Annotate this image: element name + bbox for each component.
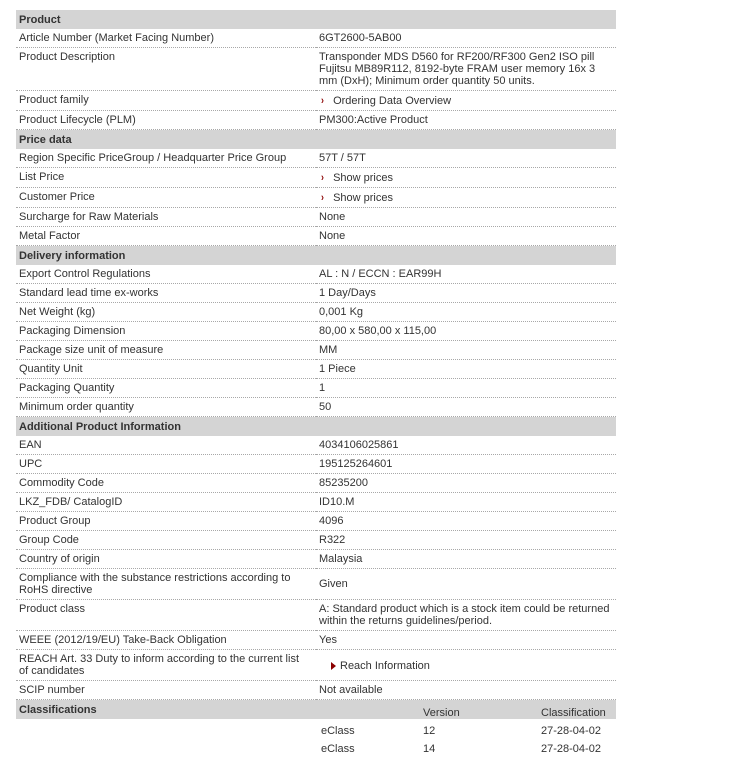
show-prices-link[interactable]: › Show prices (319, 171, 393, 184)
section-title: Product (16, 10, 616, 29)
ordering-data-overview-link[interactable]: › Ordering Data Overview (319, 94, 451, 107)
product-details: ProductArticle Number (Market Facing Num… (16, 10, 616, 719)
spec-value: Yes (316, 631, 616, 650)
section-header-delivery-information: Delivery information (16, 246, 616, 266)
classification-code: 27-28-04-02 (538, 722, 628, 740)
spec-value: 195125264601 (316, 455, 616, 474)
spec-label: Quantity Unit (16, 360, 316, 379)
spec-value: Transponder MDS D560 for RF200/RF300 Gen… (316, 48, 616, 91)
show-prices-link[interactable]: › Show prices (319, 191, 393, 204)
spec-row-package-size-unit-of-measure: Package size unit of measureMM (16, 341, 616, 360)
spec-value-link-cell: › Show prices (316, 168, 616, 188)
spec-label: UPC (16, 455, 316, 474)
spec-row-ean: EAN4034106025861 (16, 436, 616, 455)
spec-label: Product family (16, 91, 316, 111)
spec-label: Standard lead time ex-works (16, 284, 316, 303)
spec-label: SCIP number (16, 681, 316, 700)
spec-value: None (316, 208, 616, 227)
spec-row-region-specific-pricegroup-headquarter-p: Region Specific PriceGroup / Headquarter… (16, 149, 616, 168)
spec-label: Region Specific PriceGroup / Headquarter… (16, 149, 316, 168)
spec-value: 85235200 (316, 474, 616, 493)
classification-row: eClass1427-28-04-02 (318, 740, 628, 758)
spec-value: 6GT2600-5AB00 (316, 29, 616, 48)
spec-row-standard-lead-time-ex-works: Standard lead time ex-works1 Day/Days (16, 284, 616, 303)
spec-label: Country of origin (16, 550, 316, 569)
spec-value: R322 (316, 531, 616, 550)
spec-label: Product Lifecycle (PLM) (16, 111, 316, 130)
spec-value: 1 Day/Days (316, 284, 616, 303)
spec-row-list-price: List Price› Show prices (16, 168, 616, 188)
spec-label: LKZ_FDB/ CatalogID (16, 493, 316, 512)
spec-value: MM (316, 341, 616, 360)
spec-label: List Price (16, 168, 316, 188)
spec-row-commodity-code: Commodity Code85235200 (16, 474, 616, 493)
spec-label: Surcharge for Raw Materials (16, 208, 316, 227)
spec-value: 4096 (316, 512, 616, 531)
spec-value: 80,00 x 580,00 x 115,00 (316, 322, 616, 341)
spec-label: Metal Factor (16, 227, 316, 246)
classification-version: 12 (420, 722, 538, 740)
spec-label: Packaging Quantity (16, 379, 316, 398)
spec-row-product-lifecycle-plm: Product Lifecycle (PLM)PM300:Active Prod… (16, 111, 616, 130)
triangle-right-icon (331, 662, 336, 670)
classification-row: eClass1227-28-04-02 (318, 722, 628, 740)
spec-row-minimum-order-quantity: Minimum order quantity50 (16, 398, 616, 417)
classifications-column-headers: Version Classification (318, 704, 628, 722)
spec-label: Product Description (16, 48, 316, 91)
spec-row-scip-number: SCIP numberNot available (16, 681, 616, 700)
spec-label: Product class (16, 600, 316, 631)
spec-row-upc: UPC195125264601 (16, 455, 616, 474)
version-header: Version (420, 704, 538, 722)
link-label: Ordering Data Overview (333, 95, 451, 107)
spec-row-reach-art-33-duty-to-inform-according-to: REACH Art. 33 Duty to inform according t… (16, 650, 616, 681)
spec-row-weee-2012-19-eu-take-back-obligation: WEEE (2012/19/EU) Take-Back ObligationYe… (16, 631, 616, 650)
spec-row-net-weight-kg: Net Weight (kg)0,001 Kg (16, 303, 616, 322)
spec-row-surcharge-for-raw-materials: Surcharge for Raw MaterialsNone (16, 208, 616, 227)
spec-label: Export Control Regulations (16, 265, 316, 284)
classifications-block: Classifications Version Classification e… (16, 700, 616, 719)
classification-system: eClass (318, 722, 420, 740)
spec-label: Product Group (16, 512, 316, 531)
section-title: Additional Product Information (16, 417, 616, 437)
section-title: Delivery information (16, 246, 616, 266)
spec-row-lkz-fdb-catalogid: LKZ_FDB/ CatalogIDID10.M (16, 493, 616, 512)
spec-value: 4034106025861 (316, 436, 616, 455)
spec-label: WEEE (2012/19/EU) Take-Back Obligation (16, 631, 316, 650)
chevron-right-icon: › (321, 172, 329, 184)
classification-system: eClass (318, 740, 420, 758)
spec-label: Package size unit of measure (16, 341, 316, 360)
spec-label: Article Number (Market Facing Number) (16, 29, 316, 48)
section-header-price-data: Price data (16, 130, 616, 150)
spec-value: ID10.M (316, 493, 616, 512)
spec-row-product-group: Product Group4096 (16, 512, 616, 531)
spec-label: Minimum order quantity (16, 398, 316, 417)
spec-value: None (316, 227, 616, 246)
spec-value: 50 (316, 398, 616, 417)
spec-value: PM300:Active Product (316, 111, 616, 130)
spec-value: 0,001 Kg (316, 303, 616, 322)
spec-label: Compliance with the substance restrictio… (16, 569, 316, 600)
classifications-table: Version Classification eClass1227-28-04-… (318, 704, 628, 758)
spec-row-group-code: Group CodeR322 (16, 531, 616, 550)
section-header-additional-product-information: Additional Product Information (16, 417, 616, 437)
spec-row-customer-price: Customer Price› Show prices (16, 188, 616, 208)
chevron-right-icon: › (321, 192, 329, 204)
section-header-product: Product (16, 10, 616, 29)
spec-value: Malaysia (316, 550, 616, 569)
spec-row-country-of-origin: Country of originMalaysia (16, 550, 616, 569)
spec-label: Customer Price (16, 188, 316, 208)
spec-label: Net Weight (kg) (16, 303, 316, 322)
product-spec-table: ProductArticle Number (Market Facing Num… (16, 10, 616, 700)
spec-value-link-cell: › Ordering Data Overview (316, 91, 616, 111)
chevron-right-icon: › (321, 95, 329, 107)
spec-value: AL : N / ECCN : EAR99H (316, 265, 616, 284)
spec-row-product-family: Product family› Ordering Data Overview (16, 91, 616, 111)
spec-value-link-cell: Reach Information (316, 650, 616, 681)
classification-version: 14 (420, 740, 538, 758)
spec-label: Group Code (16, 531, 316, 550)
spec-row-compliance-with-the-substance-restrictio: Compliance with the substance restrictio… (16, 569, 616, 600)
spec-label: EAN (16, 436, 316, 455)
spec-value: A: Standard product which is a stock ite… (316, 600, 616, 631)
spec-row-product-description: Product DescriptionTransponder MDS D560 … (16, 48, 616, 91)
spec-value-link-cell: › Show prices (316, 188, 616, 208)
spec-value: 57T / 57T (316, 149, 616, 168)
spec-value: 1 Piece (316, 360, 616, 379)
spec-value: Given (316, 569, 616, 600)
classification-code: 27-28-04-02 (538, 740, 628, 758)
spec-label: Packaging Dimension (16, 322, 316, 341)
spec-label: Commodity Code (16, 474, 316, 493)
spec-row-export-control-regulations: Export Control RegulationsAL : N / ECCN … (16, 265, 616, 284)
classification-header: Classification (538, 704, 628, 722)
spec-row-packaging-dimension: Packaging Dimension80,00 x 580,00 x 115,… (16, 322, 616, 341)
spec-value: 1 (316, 379, 616, 398)
spec-row-packaging-quantity: Packaging Quantity1 (16, 379, 616, 398)
spec-value: Not available (316, 681, 616, 700)
link-label: Reach Information (340, 660, 430, 672)
spec-row-metal-factor: Metal FactorNone (16, 227, 616, 246)
reach-information-link[interactable]: Reach Information (319, 659, 430, 672)
link-label: Show prices (333, 172, 393, 184)
spec-row-article-number-market-facing-number: Article Number (Market Facing Number)6GT… (16, 29, 616, 48)
spec-row-quantity-unit: Quantity Unit1 Piece (16, 360, 616, 379)
spec-row-product-class: Product classA: Standard product which i… (16, 600, 616, 631)
section-title: Price data (16, 130, 616, 150)
link-label: Show prices (333, 192, 393, 204)
spec-label: REACH Art. 33 Duty to inform according t… (16, 650, 316, 681)
